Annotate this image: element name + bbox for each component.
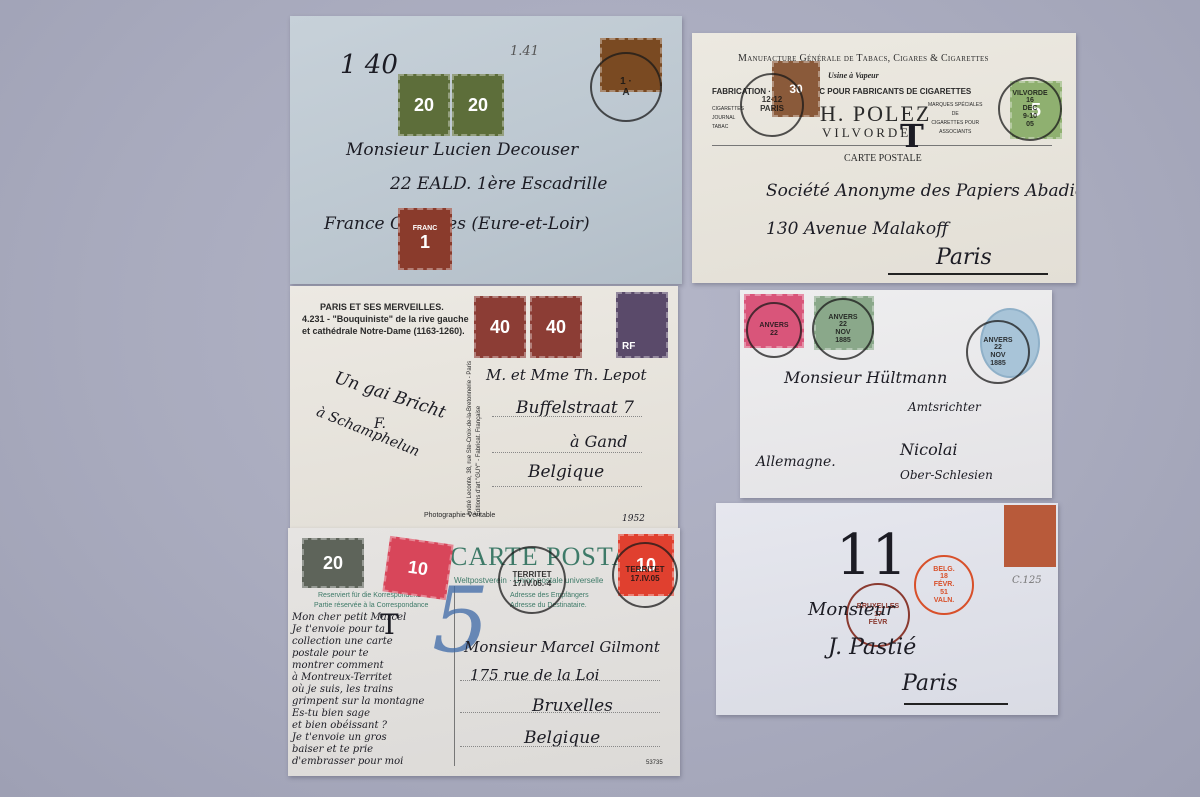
postmark-city: VILVORDE [1012, 90, 1047, 98]
footer-photographie: Photographie Véritable [424, 512, 495, 519]
stamp-value: 10 [407, 556, 430, 580]
address-line-1: Monsieur Hültmann [784, 368, 947, 387]
card-number: 53735 [646, 760, 663, 766]
postmark-city: ANVERS [828, 314, 857, 322]
side-right-1: MARQUES SPÉCIALES [928, 101, 982, 110]
message-line: collection une carte [292, 636, 424, 648]
postmark-month: NOV [835, 329, 850, 337]
pencil-note-charge: 1 40 [340, 50, 398, 80]
postcard-polez-vilvorde: Manufacture Générale de Tabacs, Cigares … [692, 33, 1076, 283]
stamp-value: 20 [414, 95, 434, 116]
postmark-city: ANVERS [983, 337, 1012, 345]
address-line-3: Bruxelles [532, 696, 613, 716]
postmark-city: ANVERS [759, 322, 788, 330]
side-text-right: MARQUES SPÉCIALES DE CIGARETTES POUR ASS… [928, 101, 982, 137]
divider-line [712, 145, 1052, 146]
address-line-4: Belgique [528, 462, 604, 482]
message-block: Mon cher petit Marcel Je t'envoie pour t… [292, 612, 424, 768]
postmark-vilvorde: VILVORDE 16 DEC 9-10 05 [998, 77, 1062, 141]
postmark-year: 05 [1026, 121, 1034, 129]
message-line: grimpent sur la montagne [292, 696, 424, 708]
message-line: à Montreux-Territet [292, 672, 424, 684]
caption-line-3: et cathédrale Notre-Dame (1163-1260). [302, 326, 465, 336]
postage-due-20-grey: 20 [302, 538, 364, 588]
stamp-value: 40 [546, 317, 566, 338]
postage-due-20-a: 20 [398, 74, 450, 136]
message-line: Je t'envoie un gros [292, 732, 424, 744]
postmark-city: BELG. [933, 566, 954, 574]
postage-due-20-b: 20 [452, 74, 504, 136]
stamp-label-rf: RF [622, 341, 635, 352]
address-line-1: Monsieur Marcel Gilmont [464, 638, 660, 656]
postmark-day: 22 [770, 330, 778, 338]
side-left-2: JOURNAL [712, 114, 744, 123]
left-note-2: Partie réservée à la Correspondance [314, 602, 428, 609]
address-line-3: France Chartres (Eure-et-Loir) [324, 214, 590, 234]
address-rule [492, 416, 642, 417]
postmark-month: NOV [990, 352, 1005, 360]
postmark-hour: 9-10 [1023, 113, 1037, 121]
postmark-year: 1885 [990, 360, 1006, 368]
postage-due-40-a: 40 [474, 296, 526, 358]
address-line-2: Buffelstraat 7 [516, 398, 634, 418]
side-left-3: TABAC [712, 123, 744, 132]
postmark-route: VALN. [934, 597, 954, 605]
tax-mark-11: 11 [836, 523, 907, 588]
address-line-2: 175 rue de la Loi [470, 666, 599, 684]
address-line-1: Monsieur Lucien Decouser [346, 140, 578, 160]
blue-crayon-mark: 5 [432, 568, 489, 673]
address-line-4: Belgique [524, 728, 600, 748]
stamp-value: 40 [490, 317, 510, 338]
company-town: VILVORDE [822, 125, 911, 141]
address-rule [460, 746, 660, 747]
postmark-month: FÉVR. [934, 581, 955, 589]
caption-title: PARIS ET SES MERVEILLES. [320, 302, 444, 312]
side-right-2: DE [928, 110, 982, 119]
message-line: baiser et te prie [292, 744, 424, 756]
pencil-note: C.125 [1012, 575, 1042, 586]
postmark-year: 1885 [835, 337, 851, 345]
postmark-anvers-3: ANVERS 22 NOV 1885 [966, 320, 1030, 384]
postage-stamp-marianne: RF [616, 292, 668, 358]
address-rule [460, 680, 660, 681]
postmark-day: 1 · [620, 76, 632, 87]
entire-letter-paris-1851: BELG. 18 FÉVR. 51 VALN. BRUXELLES 17 FÉV… [716, 503, 1058, 715]
address-line-3: à Gand [570, 432, 628, 451]
year-note: 1952 [622, 514, 645, 524]
postmark-anvers-1: ANVERS 22 [746, 302, 802, 358]
postcard-territet-switzerland: CARTE POSTALE Weltpostverein · Union pos… [288, 528, 680, 776]
address-line-2: 22 EALD. 1ère Escadrille [390, 174, 607, 194]
stamp-value: 20 [468, 95, 488, 116]
postage-due-1-franc: FRANC 1 [398, 208, 452, 270]
stamp-value: 1 [420, 232, 430, 253]
message-line-3: à Schamphelun [314, 404, 422, 460]
address-line-3: Paris [936, 245, 992, 270]
address-line-1: M. et Mme Th. Lepot [486, 366, 647, 384]
imprint-line-2: Éditions d'art "GUY" - Fabricat. Françai… [475, 361, 484, 516]
address-line-3: Nicolai [900, 440, 957, 459]
postmark-day: 16 [1026, 97, 1034, 105]
stamp-value: 20 [323, 553, 343, 574]
postmark-date: 17.IV.05.-4 [513, 580, 551, 589]
pencil-note-small: 1.41 [510, 44, 539, 59]
postmark-paris: 12·12 PARIS [740, 73, 804, 137]
message-line: montrer comment [292, 660, 424, 672]
message-line: Mon cher petit Marcel [292, 612, 424, 624]
side-right-3: CIGARETTES POUR [928, 119, 982, 128]
postmark-circle: 1 · A [590, 52, 662, 122]
header-usine: Usine à Vapeur [828, 71, 879, 80]
address-rule [460, 712, 660, 713]
postage-due-40-b: 40 [530, 296, 582, 358]
address-line-2: J. Pastié [828, 635, 916, 660]
envelope-french-postage-due: 1 40 1.41 1 · A 20 20 Monsieur Lucien De… [290, 16, 682, 284]
address-line-2: Amtsrichter [908, 400, 981, 414]
side-text-left: CIGARETTES JOURNAL TABAC [712, 105, 744, 132]
message-line: Es-tu bien sage [292, 708, 424, 720]
postmark-territet-2: TERRITET 17.IV.05 [612, 542, 678, 608]
address-line-1: Monsieur [808, 599, 895, 620]
message-line-1: Un gai Bricht [332, 368, 448, 423]
postmark-city: PARIS [760, 105, 784, 114]
envelope-anvers-belgium: ANVERS 22 ANVERS 22 NOV 1885 ANVERS 22 N… [740, 290, 1052, 498]
tax-mark-t: T [900, 117, 924, 155]
postage-stamp-red-imperf [1004, 505, 1056, 567]
postmark-day: 18 [940, 573, 948, 581]
address-country: Allemagne. [756, 454, 836, 470]
address-line-1: Société Anonyme des Papiers Abadie [766, 181, 1076, 201]
postcard-paris-merveilles: PARIS ET SES MERVEILLES. 4.231 - "Bouqui… [290, 286, 678, 530]
address-rule [492, 486, 642, 487]
address-line-4: Ober-Schlesien [900, 468, 993, 482]
message-line: et bien obéissant ? [292, 720, 424, 732]
message-line: postale pour te [292, 648, 424, 660]
postmark-day: 22 [994, 344, 1002, 352]
address-line-3: Paris [902, 671, 958, 696]
underline [904, 703, 1008, 705]
address-rule [492, 452, 642, 453]
stamp-label: FRANC [413, 225, 438, 232]
postmark-anvers-2: ANVERS 22 NOV 1885 [812, 298, 874, 360]
postmark-red-belg: BELG. 18 FÉVR. 51 VALN. [914, 555, 974, 615]
postmark-year: 51 [940, 589, 948, 597]
caption-line-2: 4.231 - "Bouquiniste" de la rive gauche [302, 314, 469, 324]
underline [888, 273, 1048, 275]
address-line-2: 130 Avenue Malakoff [766, 219, 948, 239]
imprint-line-1: André Leconte, 38, rue Ste-Croix-de-la-B… [466, 361, 475, 516]
vertical-imprint: André Leconte, 38, rue Ste-Croix-de-la-B… [466, 361, 484, 516]
postmark-territet-1: TERRITET 17.IV.05.-4 [498, 546, 566, 614]
side-right-4: ASSOCIANTS [928, 128, 982, 137]
postmark-date: 17.IV.05 [630, 575, 659, 584]
message-line: d'embrasser pour moi [292, 756, 424, 768]
postmark-month: DEC [1023, 105, 1038, 113]
message-line: Je t'envoie pour ta [292, 624, 424, 636]
postmark-day: 22 [839, 321, 847, 329]
message-line: où je suis, les trains [292, 684, 424, 696]
postmark-letter: A [622, 87, 629, 98]
